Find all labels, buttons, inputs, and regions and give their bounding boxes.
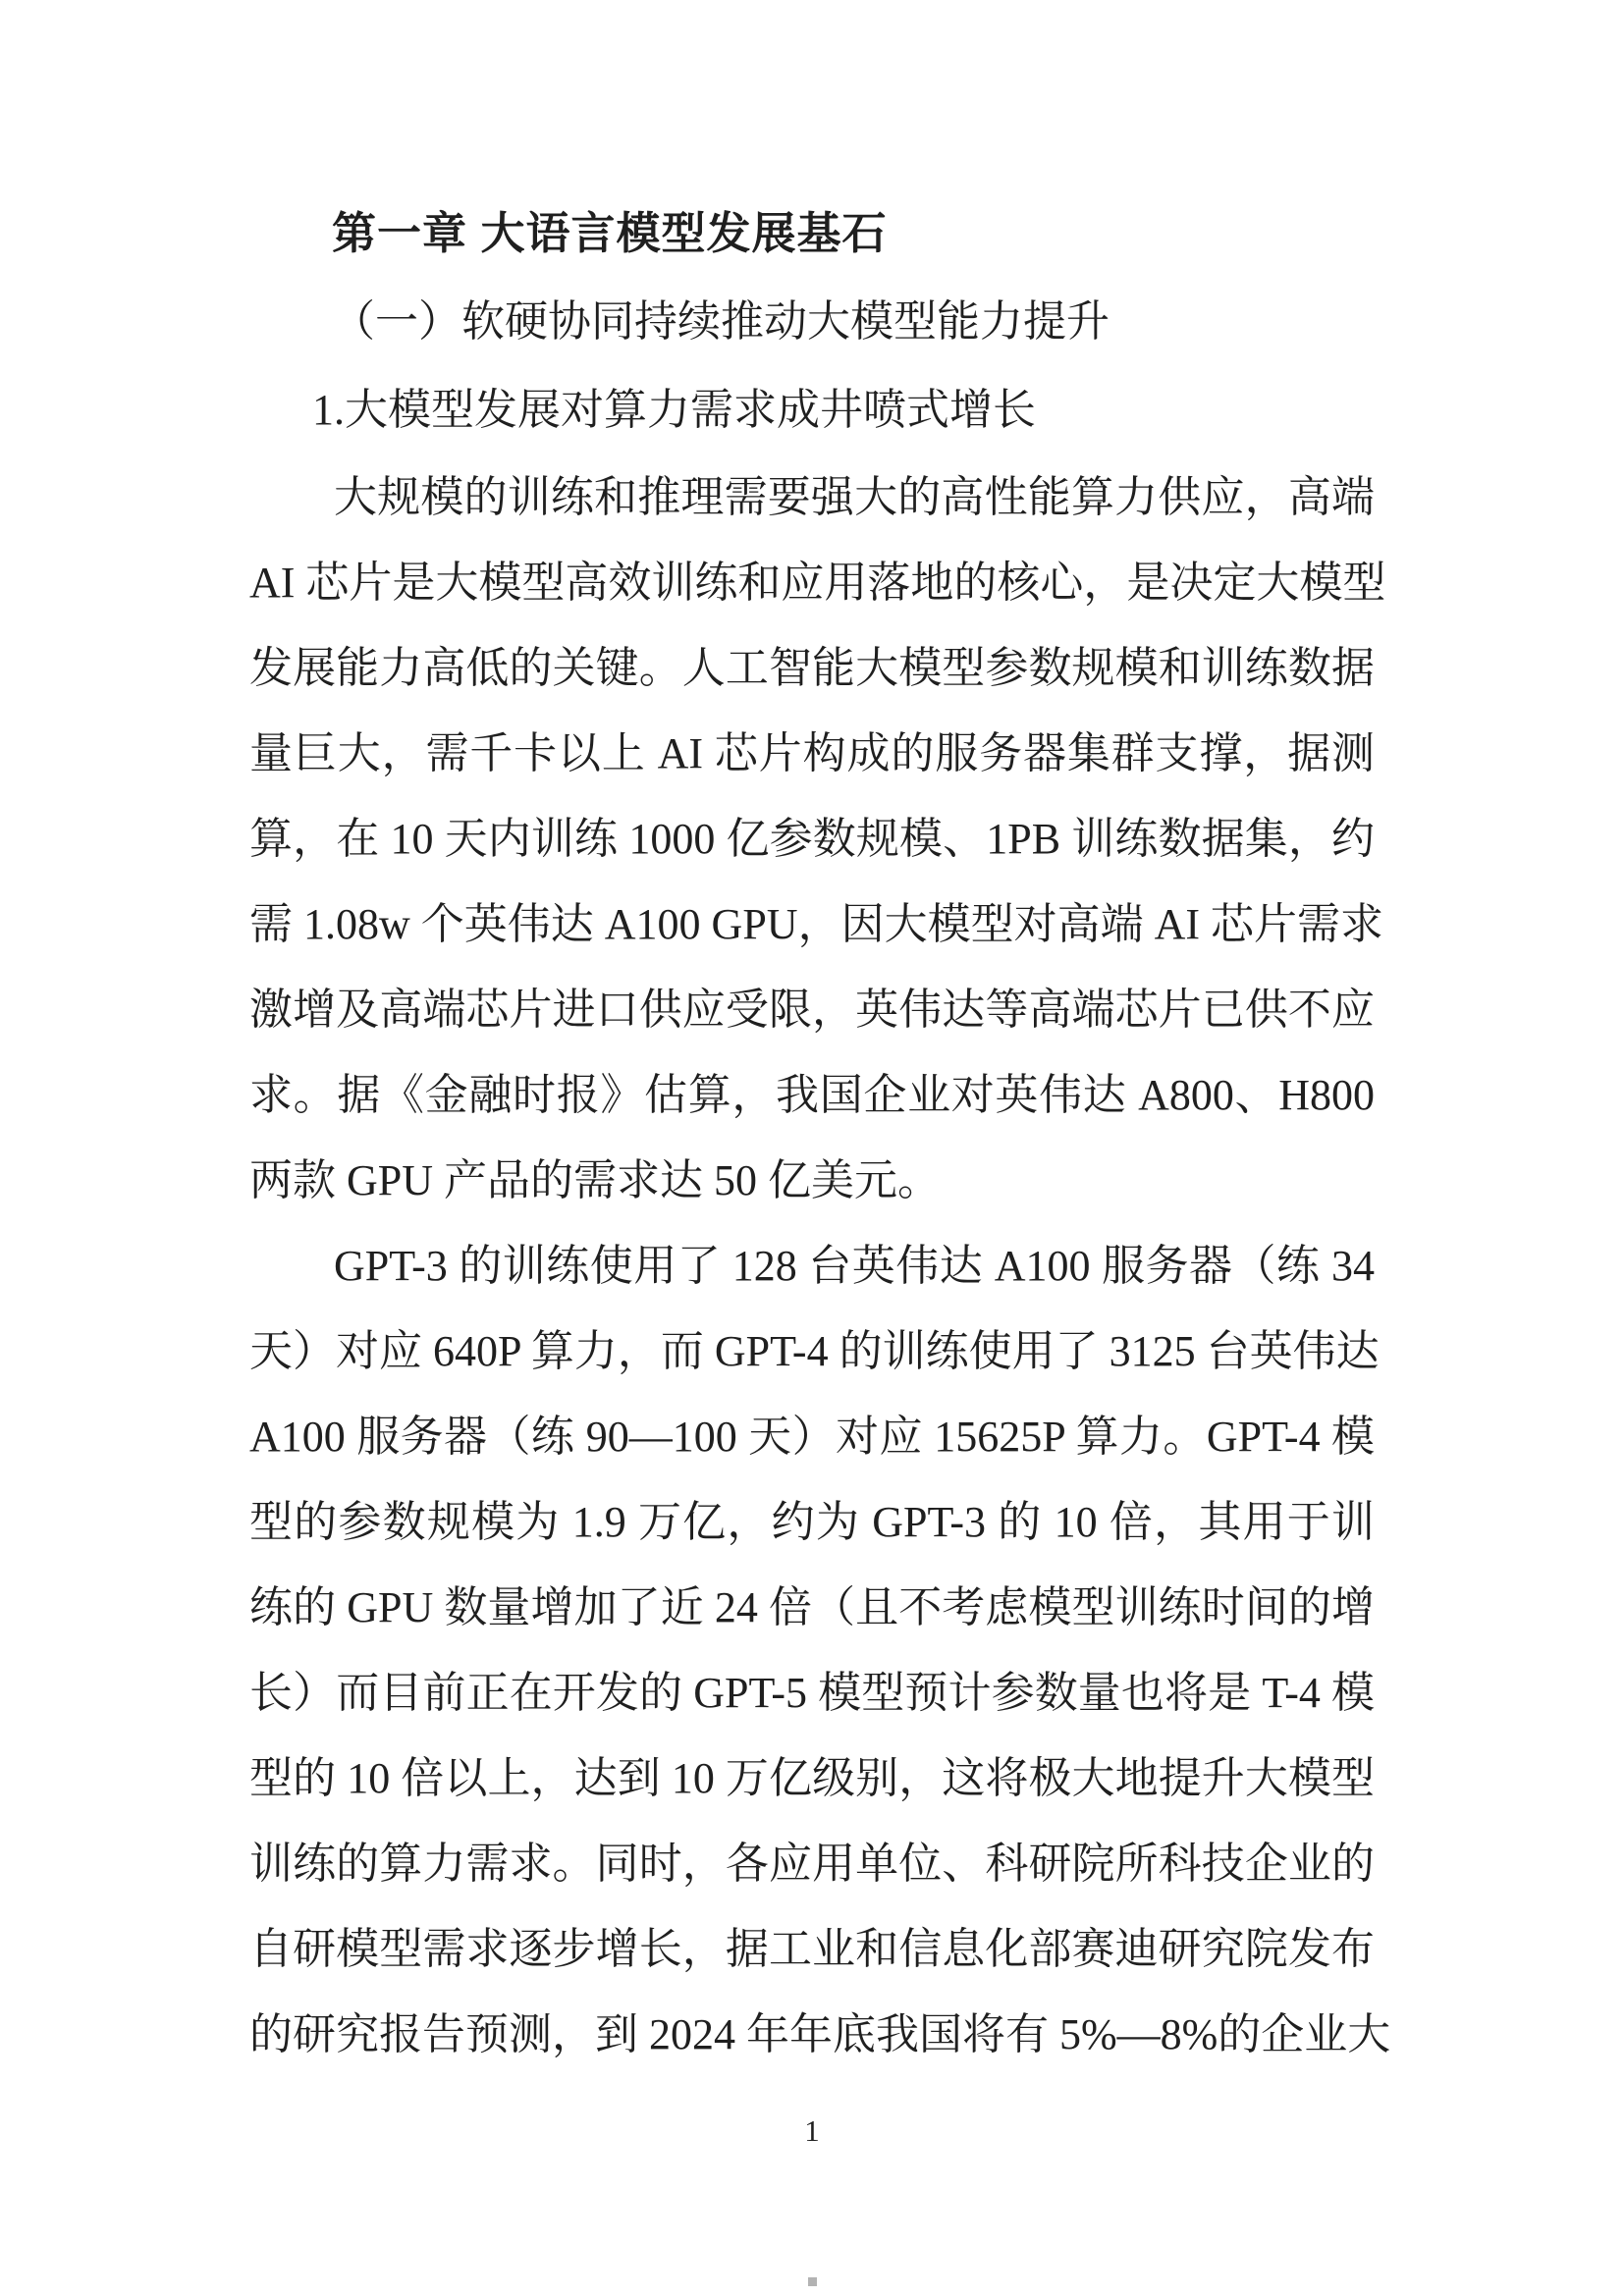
text-line: 算，在 10 天内训练 1000 亿参数规模、1PB 训练数据集，约 [249,796,1375,881]
paragraph: 大规模的训练和推理需要强大的高性能算力供应，高端AI 芯片是大模型高效训练和应用… [249,454,1375,1223]
text-line: 量巨大，需千卡以上 AI 芯片构成的服务器集群支撑，据测 [249,711,1375,796]
paragraphs: 大规模的训练和推理需要强大的高性能算力供应，高端AI 芯片是大模型高效训练和应用… [249,454,1375,2077]
text-line: 长）而目前正在开发的 GPT-5 模型预计参数量也将是 T-4 模 [249,1650,1375,1735]
text-line: 的研究报告预测，到 2024 年年底我国将有 5%—8%的企业大 [249,1992,1375,2077]
text-line: 发展能力高低的关键。人工智能大模型参数规模和训练数据 [249,625,1375,711]
text-line: 型的 10 倍以上，达到 10 万亿级别，这将极大地提升大模型 [249,1735,1375,1821]
document-page: 第一章 大语言模型发展基石 （一）软硬协同持续推动大模型能力提升 1.大模型发展… [0,0,1624,2296]
page-number: 1 [0,2112,1624,2150]
text-line: 练的 GPU 数量增加了近 24 倍（且不考虑模型训练时间的增 [249,1565,1375,1650]
page-bottom-mark [808,2277,817,2286]
text-line: 型的参数规模为 1.9 万亿，约为 GPT-3 的 10 倍，其用于训 [249,1479,1375,1565]
text-line: 训练的算力需求。同时，各应用单位、科研院所科技企业的 [249,1821,1375,1906]
text-line: A100 服务器（练 90—100 天）对应 15625P 算力。GPT-4 模 [249,1394,1375,1479]
chapter-title: 第一章 大语言模型发展基石 [249,189,1375,278]
text-line: 自研模型需求逐步增长，据工业和信息化部赛迪研究院发布 [249,1906,1375,1992]
text-line: 求。据《金融时报》估算，我国企业对英伟达 A800、H800 [249,1052,1375,1138]
text-line: 两款 GPU 产品的需求达 50 亿美元。 [249,1138,1375,1223]
text-line: GPT-3 的训练使用了 128 台英伟达 A100 服务器（练 34 [249,1223,1375,1308]
paragraph: GPT-3 的训练使用了 128 台英伟达 A100 服务器（练 34天）对应 … [249,1223,1375,2077]
subsection-heading: 1.大模型发展对算力需求成井喷式增长 [249,366,1375,454]
text-line: 天）对应 640P 算力，而 GPT-4 的训练使用了 3125 台英伟达 [249,1308,1375,1394]
text-line: 需 1.08w 个英伟达 A100 GPU，因大模型对高端 AI 芯片需求 [249,881,1375,967]
section-heading: （一）软硬协同持续推动大模型能力提升 [249,278,1375,366]
text-block: 第一章 大语言模型发展基石 （一）软硬协同持续推动大模型能力提升 1.大模型发展… [249,189,1375,2077]
text-line: 大规模的训练和推理需要强大的高性能算力供应，高端 [249,454,1375,540]
text-line: AI 芯片是大模型高效训练和应用落地的核心，是决定大模型 [249,540,1375,625]
text-line: 激增及高端芯片进口供应受限，英伟达等高端芯片已供不应 [249,967,1375,1052]
